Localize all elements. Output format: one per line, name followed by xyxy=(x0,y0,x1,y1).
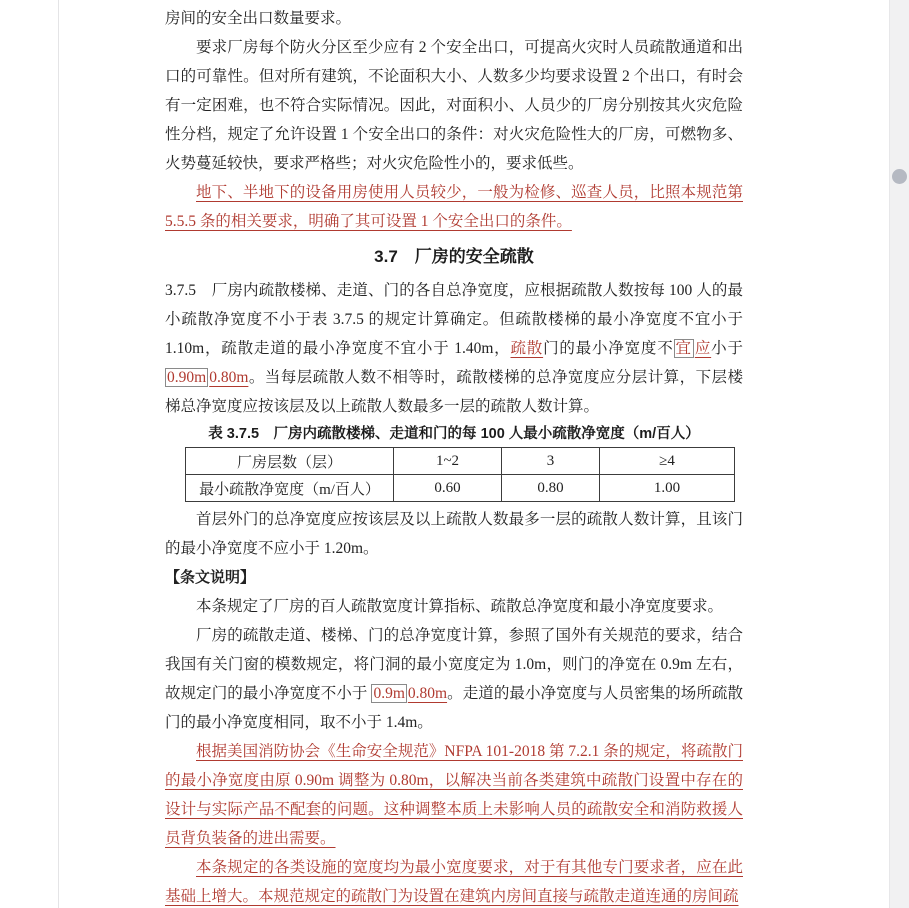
text-run: 门的最小净宽度不 xyxy=(543,340,673,357)
table-cell: 0.60 xyxy=(394,475,502,502)
tracked-insert: 根据美国消防协会《生命安全规范》NFPA 101-2018 第 7.2.1 条的… xyxy=(165,743,743,847)
table-cell: 1~2 xyxy=(394,448,502,475)
table-row: 最小疏散净宽度（m/百人）0.600.801.00 xyxy=(186,475,735,502)
scrollbar-thumb[interactable] xyxy=(892,169,907,184)
paragraph: 根据美国消防协会《生命安全规范》NFPA 101-2018 第 7.2.1 条的… xyxy=(165,737,743,853)
paragraph: 本条规定了厂房的百人疏散宽度计算指标、疏散总净宽度和最小净宽度要求。 xyxy=(165,592,743,621)
document-viewer: 房间的安全出口数量要求。要求厂房每个防火分区至少应有 2 个安全出口，可提高火灾… xyxy=(0,0,909,908)
text-run: 表 3.7.5 厂房内疏散楼梯、走道和门的每 100 人最小疏散净宽度（m/百人… xyxy=(208,426,699,442)
tracked-insert: 疏散 xyxy=(510,340,543,357)
table-cell: 1.00 xyxy=(600,475,735,502)
spec-table: 厂房层数（层）1~23≥4最小疏散净宽度（m/百人）0.600.801.00 xyxy=(185,447,735,502)
paragraph: 房间的安全出口数量要求。 xyxy=(165,4,743,33)
paragraph: 地下、半地下的设备用房使用人员较少，一般为检修、巡查人员，比照本规范第 5.5.… xyxy=(165,178,743,236)
tracked-delete-boxed: 宜 xyxy=(674,339,694,358)
table-cell: 3 xyxy=(502,448,600,475)
table-cell: ≥4 xyxy=(600,448,735,475)
text-run: 3.7 厂房的安全疏散 xyxy=(374,247,534,266)
paragraph: 【条文说明】 xyxy=(165,563,743,592)
text-run: 首层外门的总净宽度应按该层及以上疏散人数最多一层的疏散人数计算，且该门的最小净宽… xyxy=(165,511,743,557)
table-row: 厂房层数（层）1~23≥4 xyxy=(186,448,735,475)
table-row-label: 厂房层数（层） xyxy=(186,448,394,475)
text-run: 【条文说明】 xyxy=(165,569,255,586)
text-run: 本条规定了厂房的百人疏散宽度计算指标、疏散总净宽度和最小净宽度要求。 xyxy=(196,598,723,615)
page-left-edge xyxy=(58,0,59,908)
table-cell: 0.80 xyxy=(502,475,600,502)
text-run: 房间的安全出口数量要求。 xyxy=(165,10,351,27)
paragraph: 本条规定的各类设施的宽度均为最小宽度要求，对于有其他专门要求者，应在此基础上增大… xyxy=(165,853,743,908)
text-run: 。当每层疏散人数不相等时，疏散楼梯的总净宽度应分层计算，下层楼梯总净宽度应按该层… xyxy=(165,369,743,415)
tracked-insert: 应 xyxy=(695,340,711,357)
table-row-label: 最小疏散净宽度（m/百人） xyxy=(186,475,394,502)
text-run: 小于 xyxy=(711,340,743,357)
paragraph: 3.7.5 厂房内疏散楼梯、走道、门的各自总净宽度，应根据疏散人数按每 100 … xyxy=(165,276,743,421)
paragraph: 要求厂房每个防火分区至少应有 2 个安全出口，可提高火灾时人员疏散通道和出口的可… xyxy=(165,33,743,178)
tracked-insert: 0.80m xyxy=(408,685,447,702)
document-content: 房间的安全出口数量要求。要求厂房每个防火分区至少应有 2 个安全出口，可提高火灾… xyxy=(165,4,743,908)
tracked-insert: 本条规定的各类设施的宽度均为最小宽度要求，对于有其他专门要求者，应在此基础上增大… xyxy=(165,859,743,905)
paragraph: 厂房的疏散走道、楼梯、门的总净宽度计算，参照了国外有关规范的要求，结合我国有关门… xyxy=(165,621,743,737)
text-run: 要求厂房每个防火分区至少应有 2 个安全出口，可提高火灾时人员疏散通道和出口的可… xyxy=(165,39,743,172)
tracked-insert: 地下、半地下的设备用房使用人员较少，一般为检修、巡查人员，比照本规范第 5.5.… xyxy=(165,184,743,230)
tracked-delete-boxed: 0.90m xyxy=(165,368,208,387)
paragraph: 首层外门的总净宽度应按该层及以上疏散人数最多一层的疏散人数计算，且该门的最小净宽… xyxy=(165,505,743,563)
tracked-delete-boxed: 0.9m xyxy=(371,684,406,703)
scrollbar-track[interactable] xyxy=(889,0,909,908)
tracked-insert: 0.80m xyxy=(209,369,248,386)
table-caption: 表 3.7.5 厂房内疏散楼梯、走道和门的每 100 人最小疏散净宽度（m/百人… xyxy=(165,422,743,446)
section-heading: 3.7 厂房的安全疏散 xyxy=(165,244,743,270)
